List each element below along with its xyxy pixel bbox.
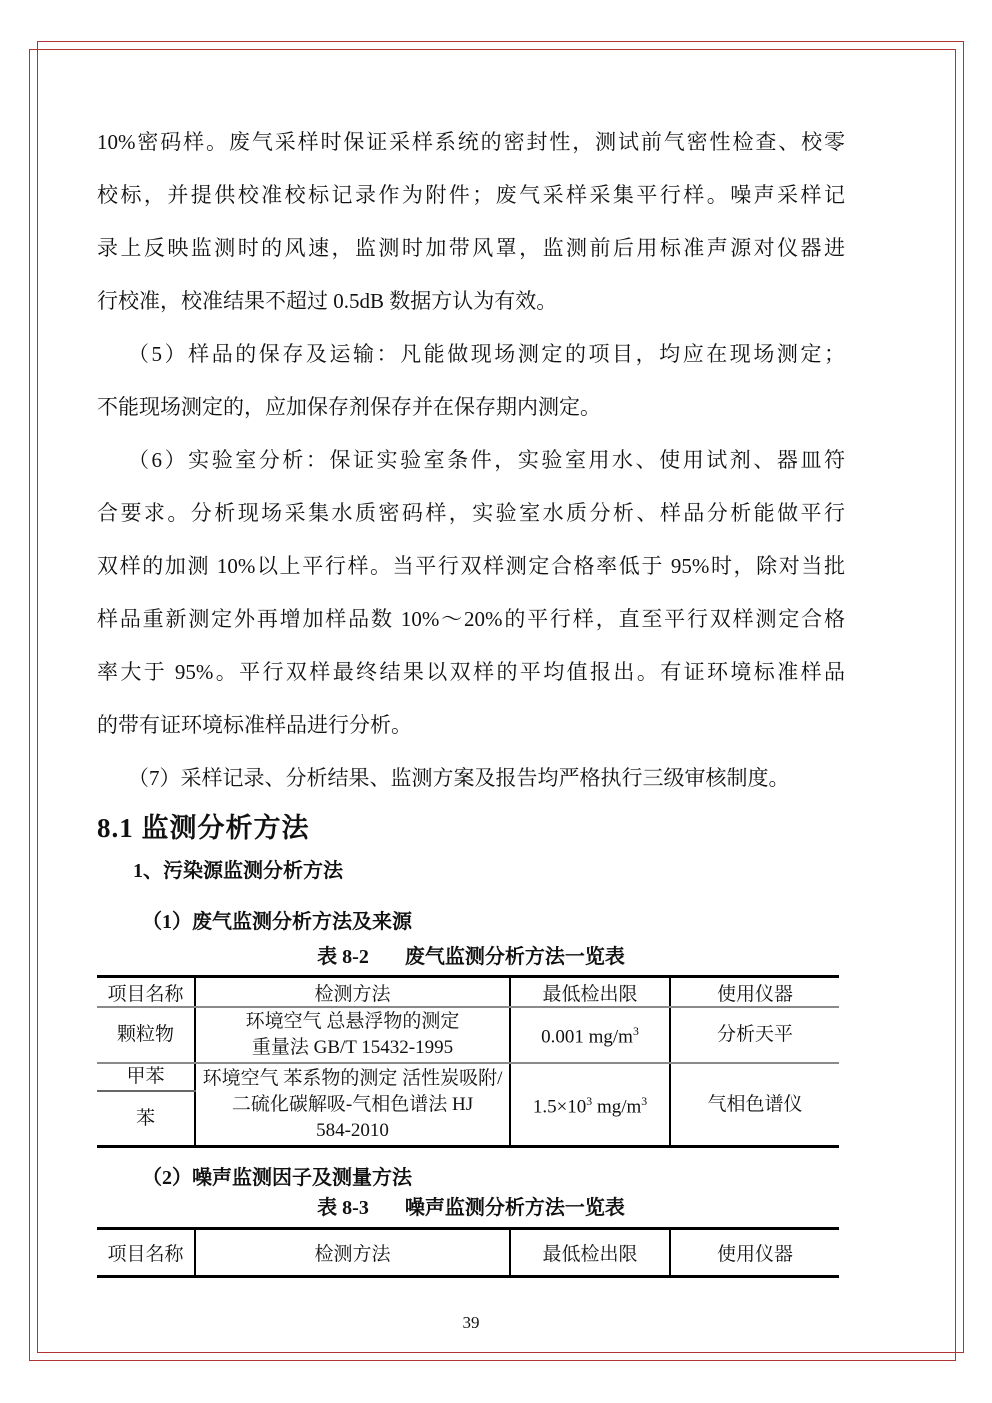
- page-content: 10%密码样。废气采样时保证采样系统的密封性，测试前气密性检查、校零校标，并提供…: [97, 0, 845, 1335]
- table-cell: 气相色谱仪: [670, 1063, 839, 1147]
- body-line: 行校准，校准结果不超过 0.5dB 数据方认为有效。: [97, 275, 845, 328]
- body-line: 校标，并提供校准校标记录作为附件；废气采样采集平行样。噪声采样记: [97, 169, 845, 222]
- body-line: 样品重新测定外再增加样品数 10%～20%的平行样，直至平行双样测定合格: [97, 593, 845, 646]
- body-line: 的带有证环境标准样品进行分析。: [97, 699, 845, 752]
- table-8-2-caption-label: 表 8-2: [317, 946, 369, 968]
- page-number: 39: [97, 1311, 845, 1335]
- body-line: 不能现场测定的，应加保存剂保存并在保存期内测定。: [97, 381, 845, 434]
- table-row: 颗粒物环境空气 总悬浮物的测定重量法 GB/T 15432-19950.001 …: [97, 1007, 839, 1063]
- body-paragraphs: 10%密码样。废气采样时保证采样系统的密封性，测试前气密性检查、校零校标，并提供…: [97, 116, 845, 805]
- body-line: （5）样品的保存及运输：凡能做现场测定的项目，均应在现场测定；: [97, 328, 845, 381]
- table-8-2-caption-title: 废气监测分析方法一览表: [405, 946, 625, 968]
- column-header: 项目名称: [97, 977, 195, 1008]
- body-line: 双样的加测 10%以上平行样。当平行双样测定合格率低于 95%时，除对当批: [97, 540, 845, 593]
- subheading-pollution-source: 1、污染源监测分析方法: [133, 856, 845, 886]
- body-line: （7）采样记录、分析结果、监测方案及报告均严格执行三级审核制度。: [97, 752, 845, 805]
- table-cell: 环境空气 总悬浮物的测定重量法 GB/T 15432-1995: [195, 1007, 510, 1063]
- table-cell: 甲苯: [97, 1063, 195, 1091]
- subheading-waste-gas-methods: （1）废气监测分析方法及来源: [142, 907, 845, 937]
- table-cell: 苯: [97, 1091, 195, 1147]
- column-header: 使用仪器: [670, 1229, 839, 1277]
- section-heading: 8.1 监测分析方法: [97, 809, 845, 847]
- table-8-3-caption-label: 表 8-3: [317, 1197, 369, 1219]
- table-cell: 分析天平: [670, 1007, 839, 1063]
- document-page: 10%密码样。废气采样时保证采样系统的密封性，测试前气密性检查、校零校标，并提供…: [0, 0, 992, 1403]
- column-header: 检测方法: [195, 1229, 510, 1277]
- table-cell: 颗粒物: [97, 1007, 195, 1063]
- column-header: 项目名称: [97, 1229, 195, 1277]
- table-cell: 0.001 mg/m3: [510, 1007, 670, 1063]
- body-line: （6）实验室分析：保证实验室条件，实验室用水、使用试剂、器皿符: [97, 434, 845, 487]
- body-line: 录上反映监测时的风速，监测时加带风罩，监测前后用标准声源对仪器进: [97, 222, 845, 275]
- table-row: 甲苯环境空气 苯系物的测定 活性炭吸附/二硫化碳解吸-气相色谱法 HJ584-2…: [97, 1063, 839, 1091]
- table-8-3-caption: 表 8-3噪声监测分析方法一览表: [97, 1193, 845, 1223]
- column-header: 检测方法: [195, 977, 510, 1008]
- body-line: 合要求。分析现场采集水质密码样，实验室水质分析、样品分析能做平行: [97, 487, 845, 540]
- column-header: 使用仪器: [670, 977, 839, 1008]
- column-header: 最低检出限: [510, 1229, 670, 1277]
- table-cell: 1.5×103 mg/m3: [510, 1063, 670, 1147]
- column-header: 最低检出限: [510, 977, 670, 1008]
- body-line: 10%密码样。废气采样时保证采样系统的密封性，测试前气密性检查、校零: [97, 116, 845, 169]
- table-8-2-caption: 表 8-2废气监测分析方法一览表: [97, 942, 845, 972]
- table-cell: 环境空气 苯系物的测定 活性炭吸附/二硫化碳解吸-气相色谱法 HJ584-201…: [195, 1063, 510, 1147]
- subheading-noise-methods: （2）噪声监测因子及测量方法: [142, 1163, 845, 1193]
- body-line: 率大于 95%。平行双样最终结果以双样的平均值报出。有证环境标准样品: [97, 646, 845, 699]
- table-8-2: 项目名称检测方法最低检出限使用仪器颗粒物环境空气 总悬浮物的测定重量法 GB/T…: [97, 975, 839, 1148]
- table-8-3: 项目名称检测方法最低检出限使用仪器: [97, 1227, 839, 1278]
- table-8-3-caption-title: 噪声监测分析方法一览表: [405, 1197, 625, 1219]
